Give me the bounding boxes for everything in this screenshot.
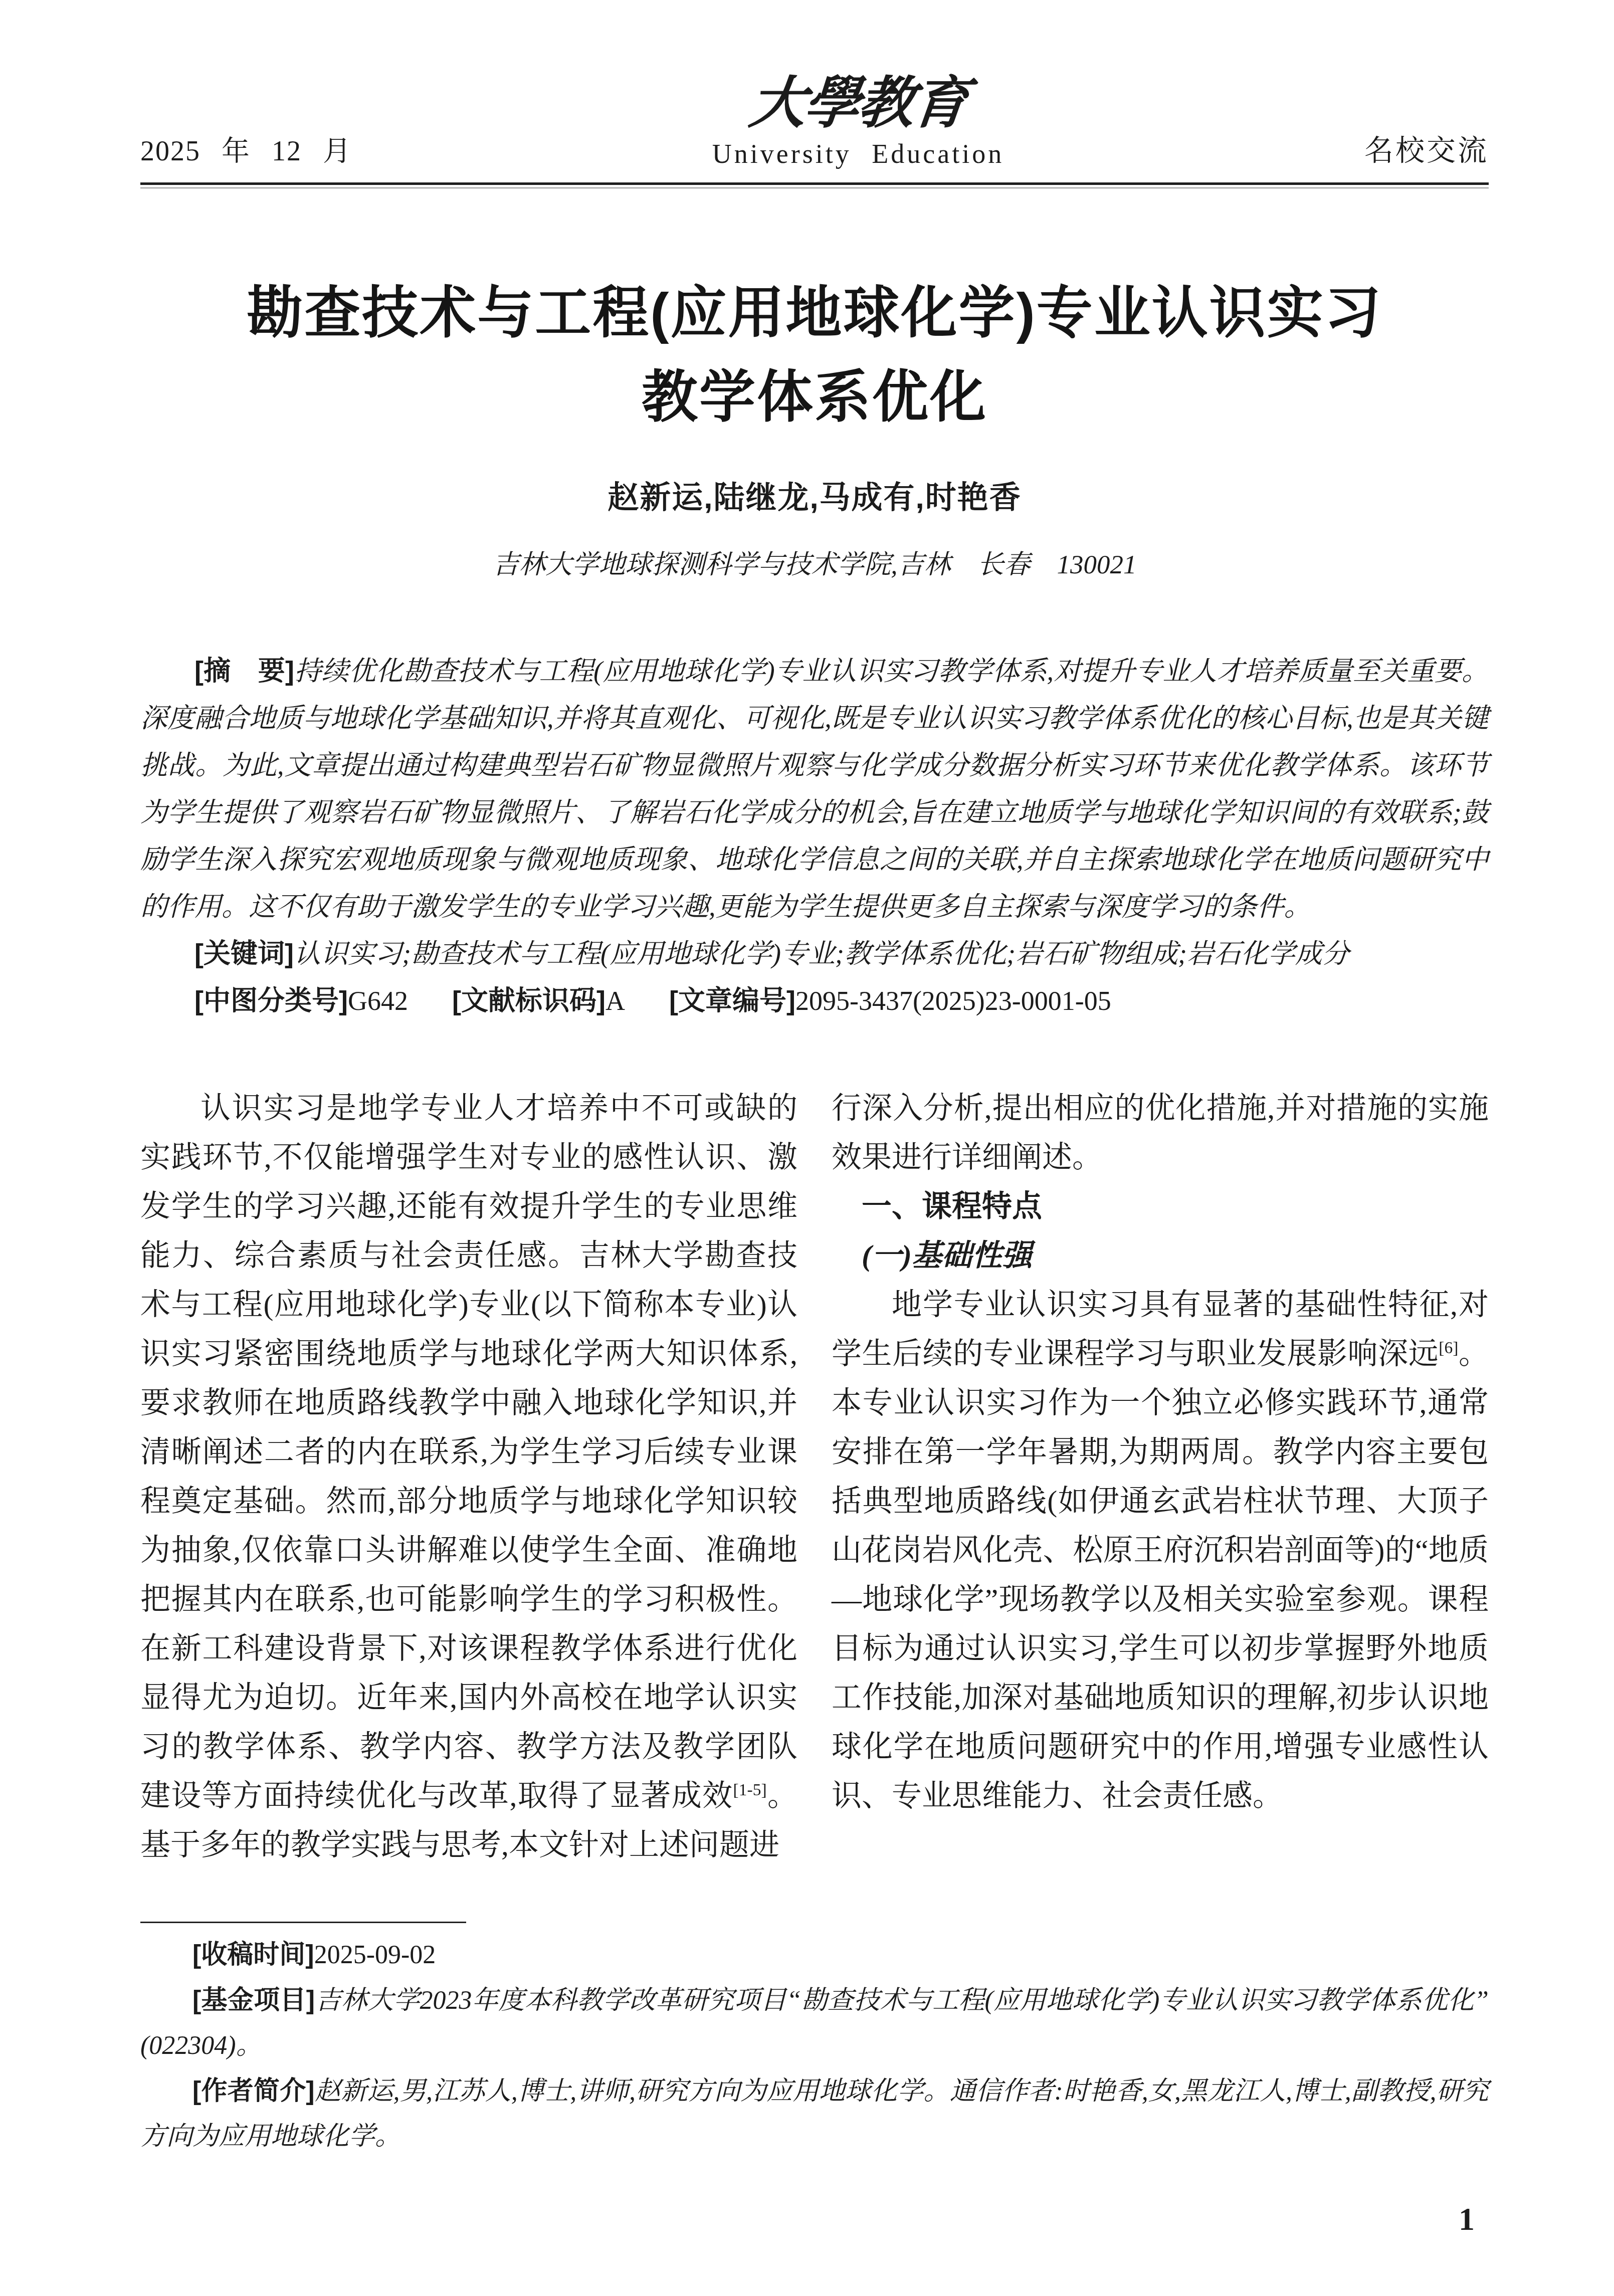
body-columns: 认识实习是地学专业人才培养中不可或缺的实践环节,不仅能增强学生对专业的感性认识、…: [140, 1084, 1489, 1869]
footnote-block: [收稿时间]2025-09-02 [基金项目]吉林大学2023年度本科教学改革研…: [140, 1922, 1489, 2159]
article-title-line2: 教学体系优化: [140, 355, 1489, 440]
article-title-line1: 勘查技术与工程(应用地球化学)专业认识实习: [140, 271, 1489, 355]
author-bio-value: 赵新运,男,江苏人,博士,讲师,研究方向为应用地球化学。通信作者:时艳香,女,黑…: [140, 2077, 1489, 2151]
clc-value: G642: [348, 986, 408, 1016]
author-list: 赵新运,陆继龙,马成有,时艳香: [140, 483, 1489, 514]
intro-paragraph-continued: 行深入分析,提出相应的优化措施,并对措施的实施效果进行详细阐述。: [832, 1084, 1489, 1182]
keywords-label: [关键词]: [194, 939, 294, 969]
author-bio-label: [作者简介]: [192, 2076, 315, 2106]
fund-value: 吉林大学2023年度本科教学改革研究项目“勘查技术与工程(应用地球化学)专业认识…: [140, 1986, 1489, 2060]
author-bio-note: [作者简介]赵新运,男,江苏人,博士,讲师,研究方向为应用地球化学。通信作者:时…: [140, 2068, 1489, 2159]
meta-line: [中图分类号]G642[文献标识码]A[文章编号]2095-3437(2025)…: [140, 977, 1489, 1024]
section-heading-1: 一、课程特点: [832, 1182, 1489, 1231]
doc-code-group: [文献标识码]A: [452, 986, 625, 1016]
journal-logo: 大學教育: [747, 75, 969, 131]
abstract-paragraph: [摘 要]持续优化勘查技术与工程(应用地球化学)专业认识实习教学体系,对提升专业…: [140, 648, 1489, 930]
abstract-label: [摘 要]: [194, 656, 294, 686]
section-paragraph: 地学专业认识实习具有显著的基础性特征,对学生后续的专业课程学习与职业发展影响深远…: [832, 1280, 1489, 1820]
page-header: 2025 年 12 月 大學教育 University Education 名校…: [140, 75, 1489, 167]
left-column: 认识实习是地学专业人才培养中不可或缺的实践环节,不仅能增强学生对专业的感性认识、…: [140, 1084, 797, 1869]
intro-paragraph: 认识实习是地学专业人才培养中不可或缺的实践环节,不仅能增强学生对专业的感性认识、…: [140, 1084, 797, 1869]
header-divider-echo: [140, 187, 1489, 188]
received-date-label: [收稿时间]: [192, 1940, 314, 1969]
journal-masthead: 大學教育 University Education: [712, 75, 1004, 167]
page-number: 1: [140, 2203, 1489, 2235]
journal-page: 2025 年 12 月 大學教育 University Education 名校…: [0, 0, 1614, 2296]
article-title: 勘查技术与工程(应用地球化学)专业认识实习 教学体系优化: [140, 271, 1489, 440]
header-divider: [140, 182, 1489, 188]
doc-code-label: [文献标识码]: [452, 986, 606, 1016]
right-column: 行深入分析,提出相应的优化措施,并对措施的实施效果进行详细阐述。 一、课程特点 …: [832, 1084, 1489, 1869]
doc-code-value: A: [606, 986, 625, 1016]
clc-group: [中图分类号]G642: [194, 986, 408, 1016]
keywords-text: 认识实习;勘查技术与工程(应用地球化学)专业;教学体系优化;岩石矿物组成;岩石化…: [294, 939, 1349, 969]
article-id-group: [文章编号]2095-3437(2025)23-0001-05: [669, 986, 1111, 1016]
issue-date: 2025 年 12 月: [140, 137, 352, 167]
header-divider-main: [140, 182, 1489, 185]
affiliation: 吉林大学地球探测科学与技术学院,吉林 长春 130021: [140, 552, 1489, 578]
keywords-paragraph: [关键词]认识实习;勘查技术与工程(应用地球化学)专业;教学体系优化;岩石矿物组…: [140, 930, 1489, 977]
footnote-divider: [140, 1922, 466, 1923]
abstract-block: [摘 要]持续优化勘查技术与工程(应用地球化学)专业认识实习教学体系,对提升专业…: [140, 648, 1489, 1024]
subsection-heading-1-1: (一)基础性强: [832, 1231, 1489, 1280]
clc-label: [中图分类号]: [194, 986, 348, 1016]
journal-name-en: University Education: [712, 140, 1004, 167]
received-date-note: [收稿时间]2025-09-02: [140, 1932, 1489, 1978]
abstract-text: 持续优化勘查技术与工程(应用地球化学)专业认识实习教学体系,对提升专业人才培养质…: [140, 656, 1489, 922]
column-name: 名校交流: [1364, 136, 1489, 167]
article-id-label: [文章编号]: [669, 986, 795, 1016]
fund-note: [基金项目]吉林大学2023年度本科教学改革研究项目“勘查技术与工程(应用地球化…: [140, 1978, 1489, 2068]
article-id-value: 2095-3437(2025)23-0001-05: [795, 986, 1111, 1016]
received-date-value: 2025-09-02: [314, 1941, 436, 1969]
fund-label: [基金项目]: [192, 1986, 315, 2015]
